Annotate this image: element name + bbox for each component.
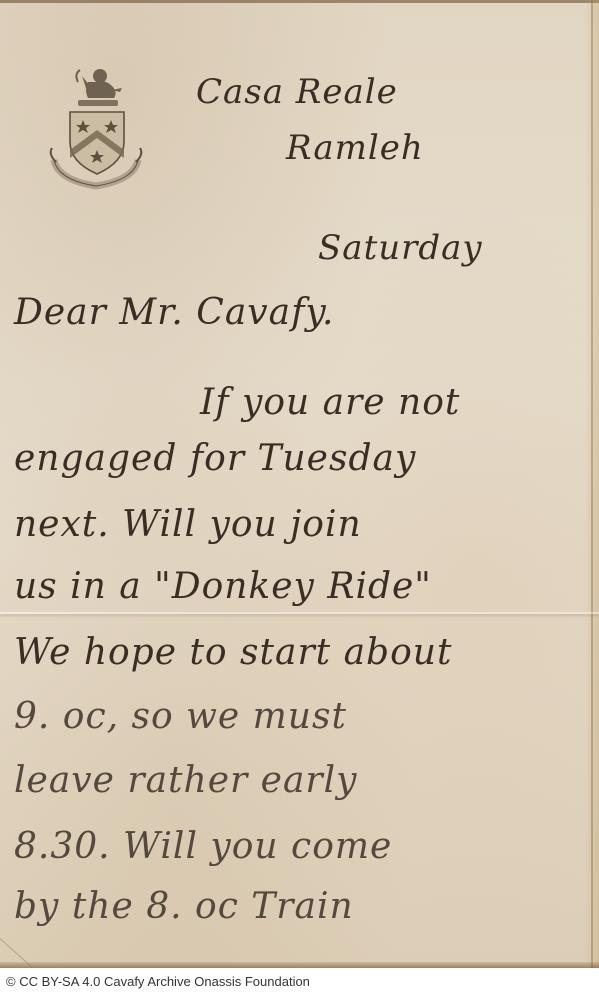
paper-top-edge xyxy=(0,0,599,3)
paper-right-edge xyxy=(591,0,593,968)
body-line: 8.30. Will you come xyxy=(14,826,392,867)
body-line: 9. oc, so we must xyxy=(14,696,347,737)
body-line: us in a "Donkey Ride" xyxy=(14,566,432,607)
paper-corner-crease xyxy=(0,920,47,968)
letter-date: Saturday xyxy=(318,228,483,268)
paper-bottom-edge xyxy=(0,962,599,968)
address-line-1: Casa Reale xyxy=(196,72,398,112)
body-line: We hope to start about xyxy=(14,632,452,673)
body-line: If you are not xyxy=(200,382,460,423)
paper-fold-crease xyxy=(0,612,599,614)
address-line-2: Ramleh xyxy=(286,128,424,168)
body-line: next. Will you join xyxy=(14,504,362,545)
heraldic-crest-icon xyxy=(48,62,144,190)
copyright-caption: © CC BY-SA 4.0 Cavafy Archive Onassis Fo… xyxy=(6,974,310,989)
body-line: engaged for Tuesday xyxy=(14,438,416,479)
salutation: Dear Mr. Cavafy. xyxy=(14,292,334,333)
letter-page: Casa Reale Ramleh Saturday Dear Mr. Cava… xyxy=(0,0,599,968)
body-line: leave rather early xyxy=(14,760,357,801)
body-line: by the 8. oc Train xyxy=(14,886,354,927)
